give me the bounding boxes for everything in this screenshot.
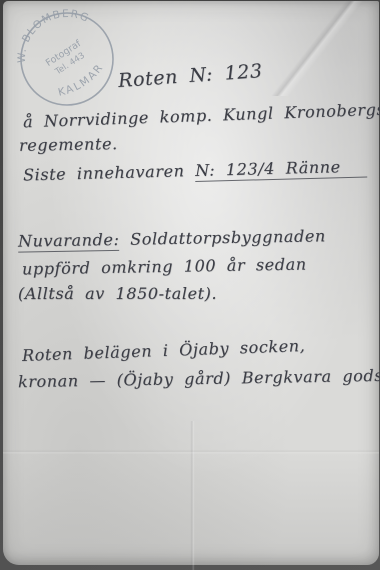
handwriting-line-rote-number: Roten N: 123 xyxy=(117,60,263,92)
handwriting-line-last-holder: Siste innehavaren N: 123/4 Ränne xyxy=(23,157,367,185)
handwriting-line-era: (Alltså av 1850-talet). xyxy=(18,284,217,303)
paper-crease-vertical xyxy=(189,421,195,570)
handwriting-line-built: uppförd omkring 100 år sedan xyxy=(22,255,307,279)
last-holder-number-name: N: 123/4 Ränne xyxy=(195,157,367,182)
handwriting-line-estate: kronan — (Öjaby gård) Bergkvara gods. xyxy=(18,366,380,391)
paper-crease-horizontal xyxy=(3,449,379,454)
paper-sheet: W. BLOMBERG Fotograf Tel. 443 KALMAR Rot… xyxy=(3,1,379,565)
handwriting-line-regiment: regemente. xyxy=(19,134,118,155)
photo-background: W. BLOMBERG Fotograf Tel. 443 KALMAR Rot… xyxy=(0,0,380,570)
paper-crease-diagonal xyxy=(249,1,379,96)
handwriting-line-current-heading: Nuvarande: Soldattorpsbyggnaden xyxy=(18,226,326,250)
current-heading-rest: Soldattorpsbyggnaden xyxy=(130,226,326,248)
handwriting-line-location: Roten belägen i Öjaby socken, xyxy=(22,336,306,365)
current-heading-word: Nuvarande: xyxy=(18,230,120,253)
last-holder-prefix: Siste innehavaren xyxy=(23,161,185,184)
